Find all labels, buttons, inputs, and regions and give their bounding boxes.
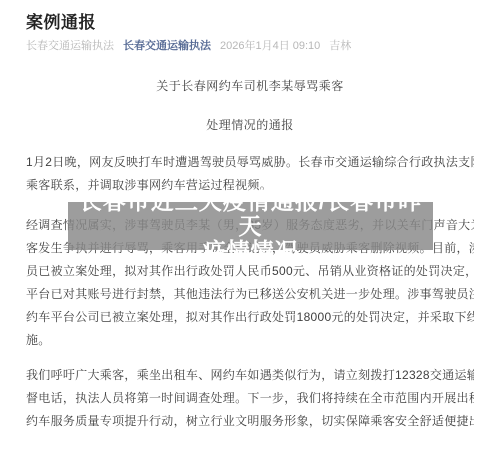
text-line: 施。: [26, 329, 474, 352]
source-name-label: 长春交通运输执法: [26, 39, 114, 53]
overlay-headline: 长春市近三天疫情通报/长春市昨天 疫情情况: [68, 189, 433, 264]
account-link[interactable]: 长春交通运输执法: [123, 39, 211, 53]
overlay-headline-line-1: 长春市近三天疫情通报/长春市昨天: [68, 189, 433, 239]
publish-location: 吉林: [329, 39, 351, 53]
publish-datetime: 2026年1月4日 09:10: [220, 39, 320, 53]
article-meta: 长春交通运输执法 长春交通运输执法 2026年1月4日 09:10 吉林: [26, 39, 351, 53]
document-title-line-2: 处理情况的通报: [0, 116, 500, 133]
text-line: 约车服务质量专项提升行动，树立行业文明服务形象，切实保障乘客安全舒适便捷出行。: [26, 410, 474, 433]
text-line: 1月2日晚，网友反映打车时遭遇驾驶员辱骂威胁。长春市交通运输综合行政执法支队立即…: [26, 151, 474, 174]
document-title-line-1: 关于长春网约车司机李某辱骂乘客: [0, 77, 500, 94]
text-line: 约车平台公司已被立案处理，拟对其作出行政处罚18000元的处罚决定，并采取下线整…: [26, 306, 474, 329]
page-title: 案例通报: [26, 8, 96, 33]
paragraph-3: 我们呼吁广大乘客，乘坐出租车、网约车如遇类似行为，请立刻拨打12328交通运输服…: [26, 364, 474, 433]
text-line: 督电话，执法人员将第一时间调查处理。下一步，我们将持续在全市范围内开展出租车、网: [26, 387, 474, 410]
overlay-headline-line-2: 疫情情况: [68, 239, 433, 264]
overlay-headline-banner: 长春市近三天疫情通报/长春市昨天 疫情情况: [68, 202, 433, 250]
text-line: 我们呼吁广大乘客，乘坐出租车、网约车如遇类似行为，请立刻拨打12328交通运输服…: [26, 364, 474, 387]
article-page: 案例通报 长春交通运输执法 长春交通运输执法 2026年1月4日 09:10 吉…: [0, 0, 500, 455]
text-line: 平台已对其账号进行封禁，其他违法行为已移送公安机关进一步处理。涉事驾驶员注册的网: [26, 283, 474, 306]
